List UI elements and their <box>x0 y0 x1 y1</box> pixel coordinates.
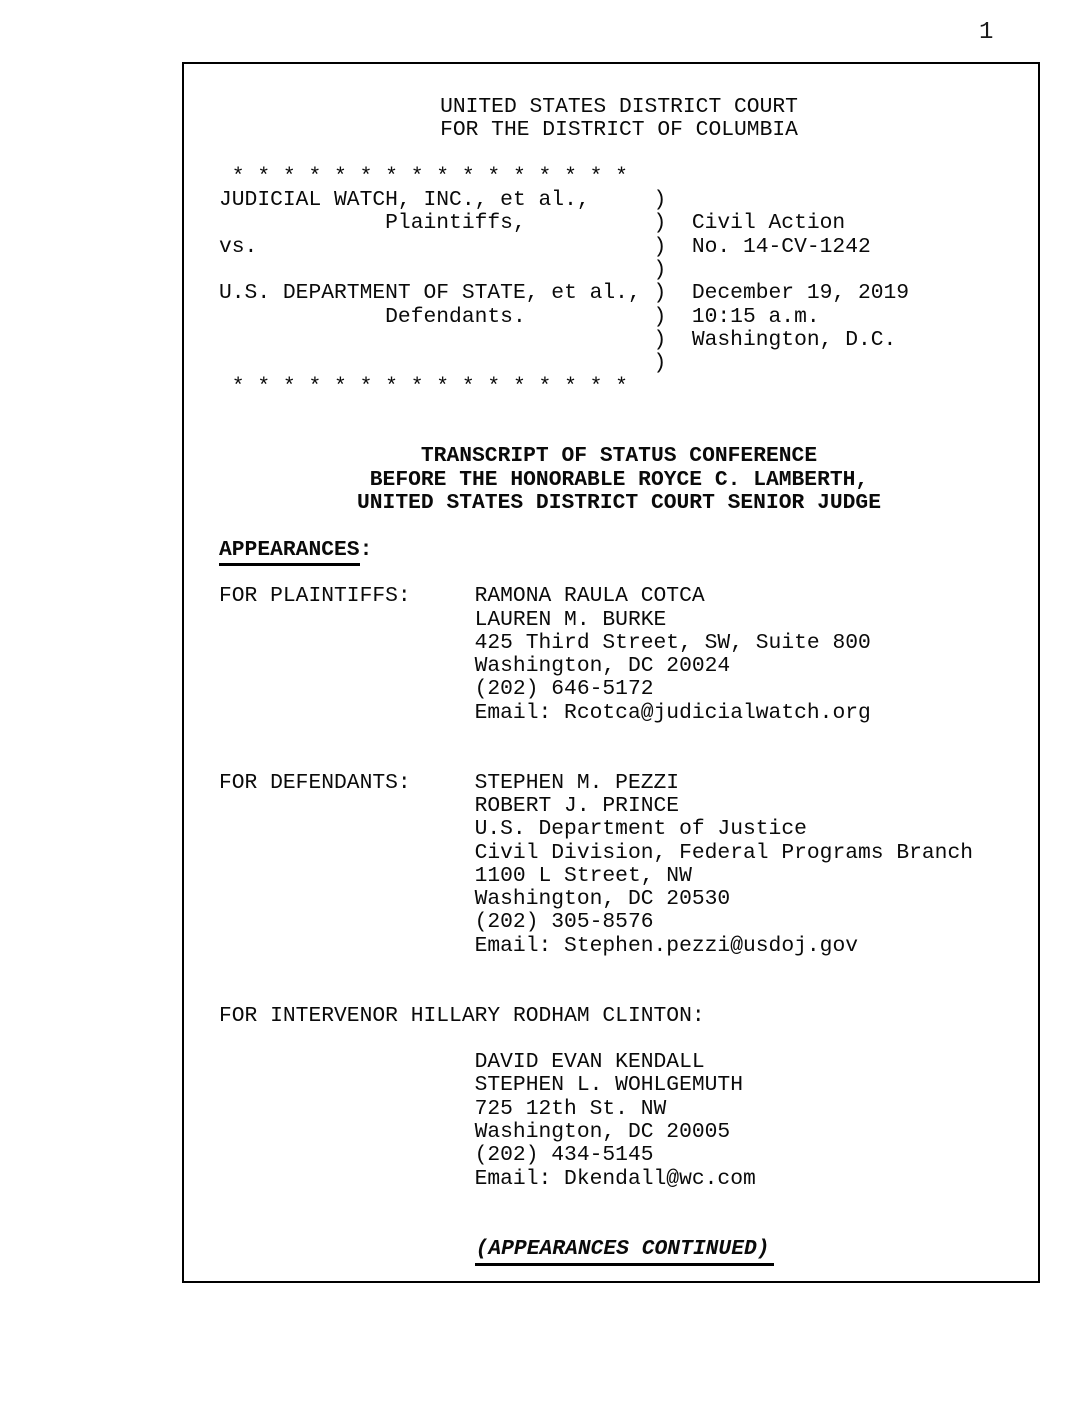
case-caption-row: U.S. DEPARTMENT OF STATE, et al.,)Decemb… <box>219 282 1019 305</box>
appearance-label-plaintiffs: FOR PLAINTIFFS: <box>219 585 475 608</box>
case-info: Civil Action <box>692 212 845 235</box>
transcript-title-line2: BEFORE THE HONORABLE ROYCE C. LAMBERTH, <box>219 469 1019 492</box>
blank-line <box>219 725 1019 748</box>
caption-paren: ) <box>654 189 667 212</box>
caption-paren: ) <box>654 306 667 329</box>
blank-line <box>219 399 1019 422</box>
case-caption-row: Plaintiffs,)Civil Action <box>219 212 1019 235</box>
party-role: Plaintiffs, <box>219 212 654 235</box>
appearances-heading-colon: : <box>360 538 373 562</box>
blank-line <box>219 1028 1019 1051</box>
hearing-date: December 19, 2019 <box>692 282 909 305</box>
plaintiffs-appearance-row: FOR PLAINTIFFS:RAMONA RAULA COTCA <box>219 585 1019 608</box>
party-name <box>219 259 654 282</box>
district-line: FOR THE DISTRICT OF COLUMBIA <box>219 119 1019 142</box>
transcript-page: 1 UNITED STATES DISTRICT COURT FOR THE D… <box>0 0 1088 1408</box>
case-caption-row: ) <box>219 259 1019 282</box>
party-role: Defendants. <box>219 306 654 329</box>
case-caption-row: ) <box>219 352 1019 375</box>
caption-paren: ) <box>654 259 667 282</box>
attorney-address-line: Washington, DC 20024 <box>219 655 1019 678</box>
party-name: U.S. DEPARTMENT OF STATE, et al., <box>219 282 654 305</box>
attorney-email-line: Email: Rcotca@judicialwatch.org <box>219 702 1019 725</box>
caption-paren: ) <box>654 236 667 259</box>
blank-line <box>219 958 1019 981</box>
attorney-line: LAUREN M. BURKE <box>219 609 1019 632</box>
attorney-address-line: 725 12th St. NW <box>219 1098 1019 1121</box>
page-number: 1 <box>979 20 993 46</box>
hearing-location: Washington, D.C. <box>692 329 896 352</box>
blank-line <box>219 515 1019 538</box>
blank-line <box>219 981 1019 1004</box>
attorney-email-line: Email: Dkendall@wc.com <box>219 1168 1019 1191</box>
hearing-time: 10:15 a.m. <box>692 306 820 329</box>
party-name <box>219 329 654 352</box>
document-content: UNITED STATES DISTRICT COURT FOR THE DIS… <box>219 96 1019 1261</box>
blank-line <box>219 422 1019 445</box>
case-caption-row: )Washington, D.C. <box>219 329 1019 352</box>
document-border: UNITED STATES DISTRICT COURT FOR THE DIS… <box>182 62 1040 1283</box>
stars-separator-bottom: * * * * * * * * * * * * * * * * <box>219 376 1019 399</box>
continued-notice: (APPEARANCES CONTINUED) <box>475 1238 774 1266</box>
attorney-phone-line: (202) 305-8576 <box>219 911 1019 934</box>
party-name <box>219 352 654 375</box>
appearances-heading-line: APPEARANCES: <box>219 539 1019 562</box>
attorney-line: STEPHEN L. WOHLGEMUTH <box>219 1074 1019 1097</box>
blank-line <box>219 1214 1019 1237</box>
caption-paren: ) <box>654 212 667 235</box>
attorney-phone-line: (202) 646-5172 <box>219 678 1019 701</box>
blank-line <box>219 143 1019 166</box>
versus-label: vs. <box>219 236 654 259</box>
case-caption-row: Defendants.)10:15 a.m. <box>219 306 1019 329</box>
continued-notice-line: (APPEARANCES CONTINUED) <box>219 1238 1019 1261</box>
attorney-address-line: 425 Third Street, SW, Suite 800 <box>219 632 1019 655</box>
appearance-label-intervenor: FOR INTERVENOR HILLARY RODHAM CLINTON: <box>219 1005 1019 1028</box>
appearances-heading: APPEARANCES <box>219 539 360 566</box>
attorney-phone-line: (202) 434-5145 <box>219 1144 1019 1167</box>
case-caption-row: JUDICIAL WATCH, INC., et al.,) <box>219 189 1019 212</box>
court-name-line: UNITED STATES DISTRICT COURT <box>219 96 1019 119</box>
blank-line <box>219 748 1019 771</box>
case-caption-row: vs.)No. 14-CV-1242 <box>219 236 1019 259</box>
blank-line <box>219 1191 1019 1214</box>
attorney-address-line: 1100 L Street, NW <box>219 865 1019 888</box>
defendants-appearance-row: FOR DEFENDANTS:STEPHEN M. PEZZI <box>219 772 1019 795</box>
attorney-org-line: Civil Division, Federal Programs Branch <box>219 842 1019 865</box>
attorney-org-line: U.S. Department of Justice <box>219 818 1019 841</box>
attorney-line: DAVID EVAN KENDALL <box>219 1051 1019 1074</box>
caption-paren: ) <box>654 329 667 352</box>
attorney-address-line: Washington, DC 20530 <box>219 888 1019 911</box>
transcript-title-line1: TRANSCRIPT OF STATUS CONFERENCE <box>219 445 1019 468</box>
attorney-line: RAMONA RAULA COTCA <box>475 585 705 608</box>
case-number: No. 14-CV-1242 <box>692 236 871 259</box>
attorney-line: STEPHEN M. PEZZI <box>475 772 679 795</box>
party-name: JUDICIAL WATCH, INC., et al., <box>219 189 654 212</box>
caption-paren: ) <box>654 282 667 305</box>
appearance-label-defendants: FOR DEFENDANTS: <box>219 772 475 795</box>
attorney-email-line: Email: Stephen.pezzi@usdoj.gov <box>219 935 1019 958</box>
caption-paren: ) <box>654 352 667 375</box>
attorney-line: ROBERT J. PRINCE <box>219 795 1019 818</box>
stars-separator-top: * * * * * * * * * * * * * * * * <box>219 166 1019 189</box>
attorney-address-line: Washington, DC 20005 <box>219 1121 1019 1144</box>
transcript-title-line3: UNITED STATES DISTRICT COURT SENIOR JUDG… <box>219 492 1019 515</box>
